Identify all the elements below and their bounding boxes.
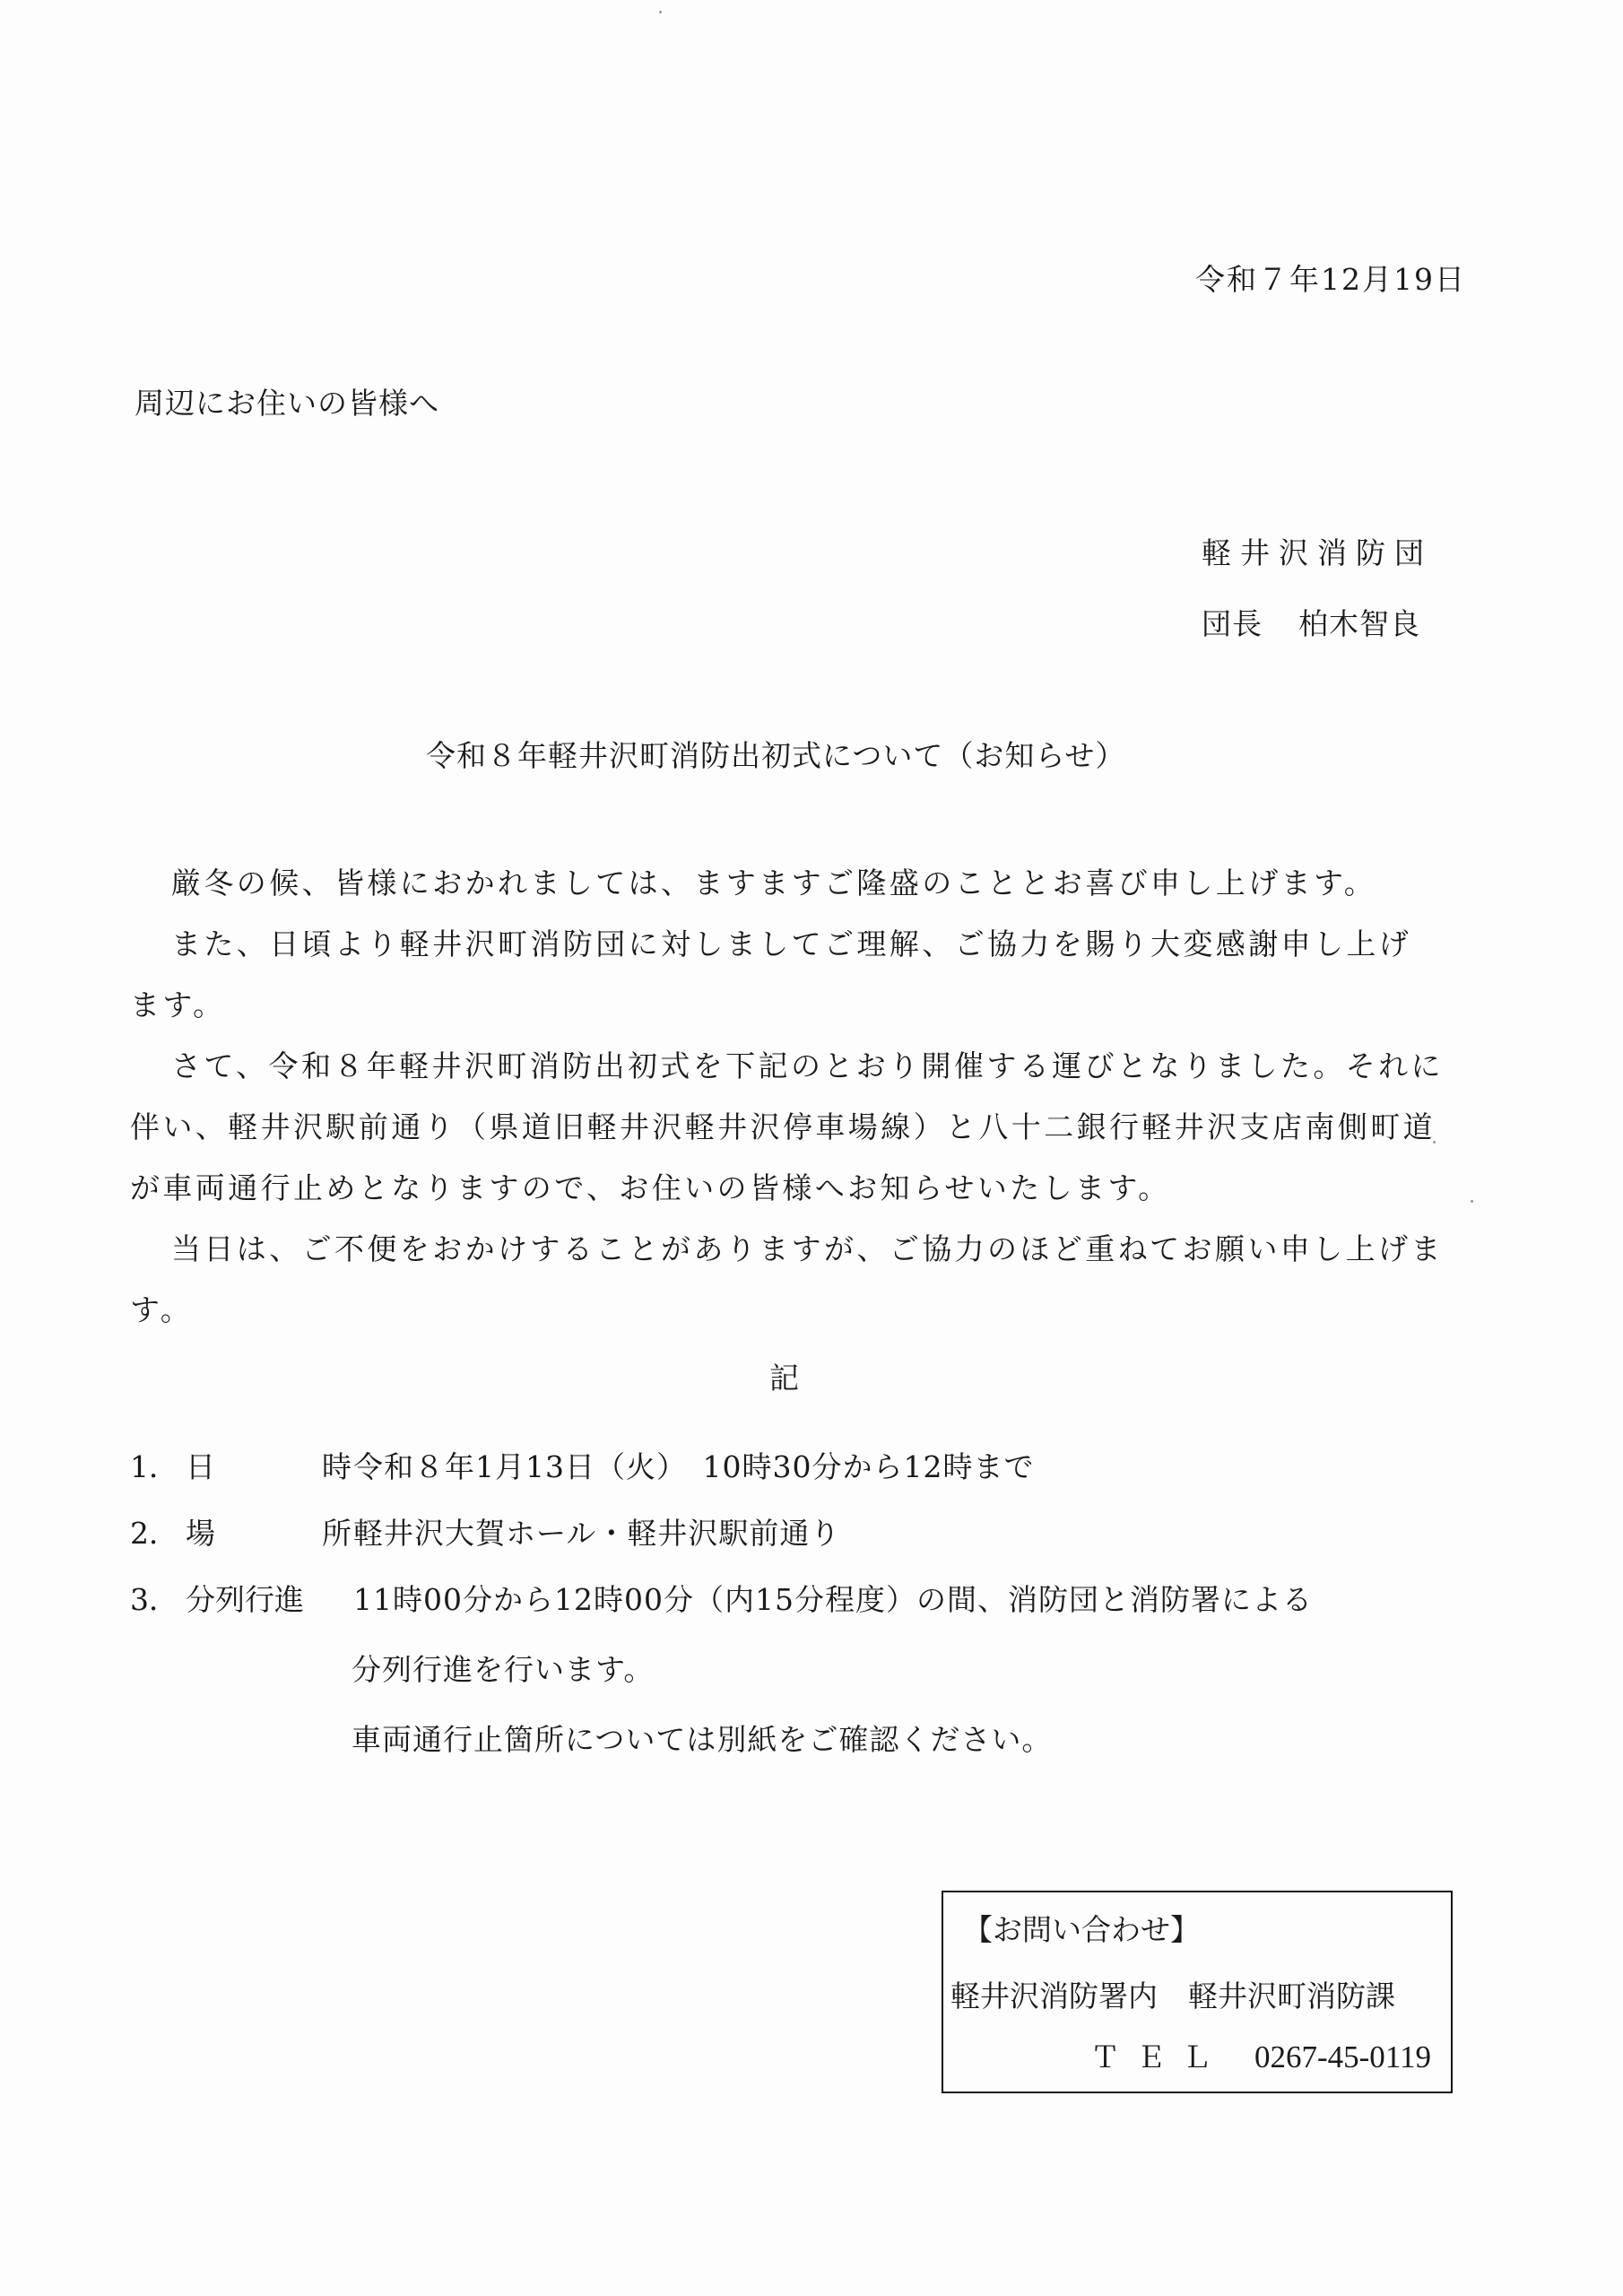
contact-office-name: 軽井沢消防署内 bbox=[950, 1979, 1158, 2013]
sender-title: 団長 bbox=[1202, 606, 1263, 641]
body-line: す。 bbox=[130, 1285, 1430, 1346]
sender-name: 柏木智良 bbox=[1298, 606, 1420, 641]
contact-office: 軽井沢消防署内軽井沢町消防課 bbox=[950, 1973, 1395, 2015]
body-line: また、日頃より軽井沢町消防団に対しましてご理解、ご協力を賜り大変感謝申し上げ bbox=[130, 919, 1430, 980]
contact-box: 【お問い合わせ】 軽井沢消防署内軽井沢町消防課 ＴＥＬ0267-45-0119 bbox=[942, 1891, 1453, 2093]
item-label: 日 時 bbox=[186, 1444, 352, 1486]
item-label-char: 時 bbox=[322, 1444, 352, 1486]
ki-heading: 記 bbox=[769, 1361, 800, 1396]
item-label: 分列行進 bbox=[186, 1577, 352, 1619]
body-line: が車両通行止めとなりますので、お住いの皆様へお知らせいたします。 bbox=[130, 1163, 1430, 1224]
item-number: 2． bbox=[130, 1510, 186, 1552]
detail-item-venue: 2． 場 所 軽井沢大賀ホール・軽井沢駅前通り bbox=[130, 1510, 1313, 1577]
details-list: 1． 日 時 令和８年1月13日（火） 10時30分から12時まで 2． 場 所… bbox=[130, 1444, 1313, 1783]
item-number: 3． bbox=[130, 1577, 186, 1619]
item-label-char: 日 bbox=[186, 1444, 215, 1486]
item-continuation: 車両通行止箇所については別紙をご確認ください。 bbox=[130, 1713, 1313, 1783]
detail-item-datetime: 1． 日 時 令和８年1月13日（火） 10時30分から12時まで bbox=[130, 1444, 1313, 1510]
item-continuation: 分列行進を行います。 bbox=[130, 1643, 1313, 1713]
body-paragraphs: 厳冬の候、皆様におかれましては、ますますご隆盛のこととお喜び申し上げます。 また… bbox=[130, 858, 1430, 1346]
tel-label: ＴＥＬ bbox=[1090, 2039, 1228, 2074]
scan-speck bbox=[1471, 1200, 1473, 1203]
document-title: 令和８年軽井沢町消防出初式について（お知らせ） bbox=[426, 738, 1125, 774]
item-label-char: 所 bbox=[322, 1510, 352, 1552]
item-number: 1． bbox=[130, 1444, 186, 1486]
body-line: ます。 bbox=[130, 980, 1430, 1041]
item-value: 11時00分から12時00分（内15分程度）の間、消防団と消防署による bbox=[352, 1577, 1313, 1619]
document-date: 令和７年12月19日 bbox=[1195, 262, 1466, 298]
scan-speck bbox=[659, 11, 662, 13]
tel-number[interactable]: 0267-45-0119 bbox=[1254, 2039, 1431, 2074]
detail-item-parade: 3． 分列行進 11時00分から12時00分（内15分程度）の間、消防団と消防署… bbox=[130, 1577, 1313, 1643]
item-value: 軽井沢大賀ホール・軽井沢駅前通り bbox=[352, 1510, 840, 1552]
body-line: 当日は、ご不便をおかけすることがありますが、ご協力のほど重ねてお願い申し上げま bbox=[130, 1224, 1430, 1285]
body-line: 伴い、軽井沢駅前通り（県道旧軽井沢軽井沢停車場線）と八十二銀行軽井沢支店南側町道 bbox=[130, 1102, 1430, 1163]
item-label-char: 場 bbox=[186, 1510, 215, 1552]
sender-chief: 団長柏木智良 bbox=[1202, 606, 1420, 642]
item-label: 場 所 bbox=[186, 1510, 352, 1552]
recipient-line: 周辺にお住いの皆様へ bbox=[135, 386, 439, 422]
sender-organization: 軽井沢消防団 bbox=[1202, 535, 1433, 571]
body-line: さて、令和８年軽井沢町消防出初式を下記のとおり開催する運びとなりました。それに bbox=[130, 1041, 1430, 1102]
contact-heading: 【お問い合わせ】 bbox=[963, 1907, 1200, 1949]
body-line: 厳冬の候、皆様におかれましては、ますますご隆盛のこととお喜び申し上げます。 bbox=[130, 858, 1430, 919]
contact-department: 軽井沢町消防課 bbox=[1188, 1979, 1395, 2013]
contact-phone: ＴＥＬ0267-45-0119 bbox=[1090, 2034, 1431, 2076]
scan-speck bbox=[1433, 1141, 1436, 1144]
notice-page: 令和７年12月19日 周辺にお住いの皆様へ 軽井沢消防団 団長柏木智良 令和８年… bbox=[0, 0, 1623, 2296]
item-value: 令和８年1月13日（火） 10時30分から12時まで bbox=[352, 1444, 1034, 1486]
